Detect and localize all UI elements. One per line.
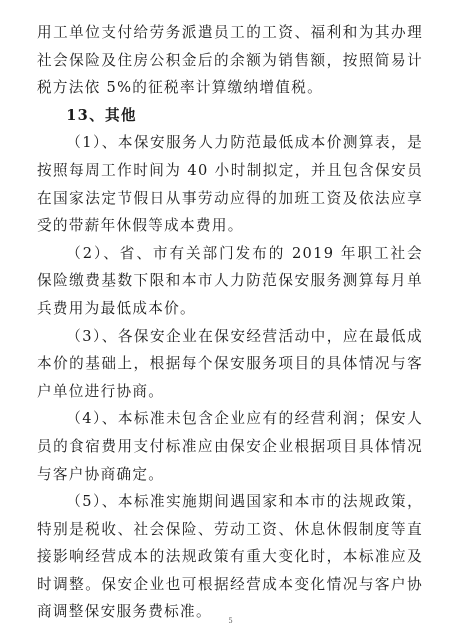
section-heading: 13、其他	[37, 102, 423, 130]
paragraph-item-1: （1）、本保安服务人力防范最低成本价测算表，是按照每周工作时间为 40 小时制拟…	[37, 129, 423, 239]
paragraph-item-4: （4）、本标准未包含企业应有的经营利润；保安人员的食宿费用支付标准应由保安企业根…	[37, 405, 423, 488]
document-body: 用工单位支付给劳务派遣员工的工资、福利和为其办理社会保险及住房公积金后的余额为销…	[37, 19, 423, 626]
paragraph-item-3: （3）、各保安企业在保安经营活动中，应在最低成本价的基础上，根据每个保安服务项目…	[37, 323, 423, 406]
paragraph-item-2: （2）、省、市有关部门发布的 2019 年职工社会保险缴费基数下限和本市人力防范…	[37, 240, 423, 323]
page-number: 5	[0, 616, 461, 625]
document-page: 用工单位支付给劳务派遣员工的工资、福利和为其办理社会保险及住房公积金后的余额为销…	[0, 0, 461, 641]
paragraph-continuation: 用工单位支付给劳务派遣员工的工资、福利和为其办理社会保险及住房公积金后的余额为销…	[37, 19, 423, 102]
paragraph-item-5: （5）、本标准实施期间遇国家和本市的法规政策，特别是税收、社会保险、劳动工资、休…	[37, 488, 423, 626]
